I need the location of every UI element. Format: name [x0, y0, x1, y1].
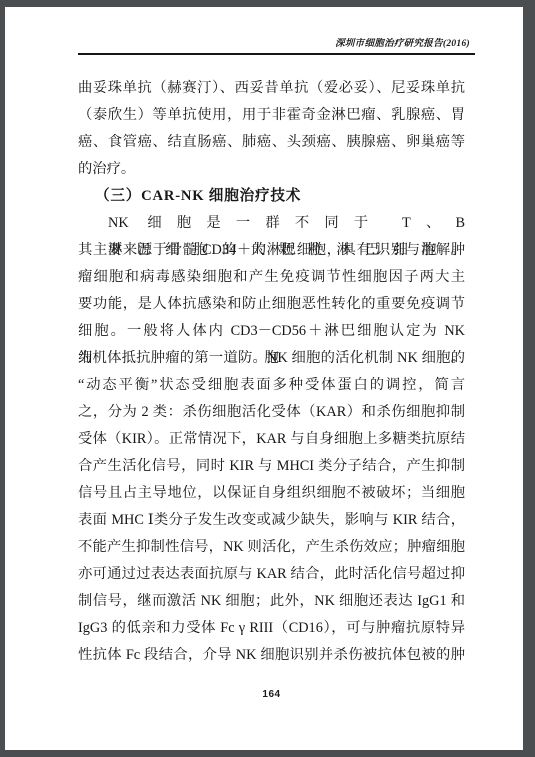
body-line: 亦可通过过表达表面抗原与 KAR 结合，此时活化信号超过抑: [78, 561, 465, 588]
body-line: 表面 MHC Ⅰ类分子发生改变或减少缺失，影响与 KIR 结合，: [78, 507, 465, 534]
running-header-title: 深圳市细胞治疗研究报告(2016): [78, 35, 475, 49]
body-line: 之，分为 2 类：杀伤细胞活化受体（KAR）和杀伤细胞抑制: [78, 399, 465, 426]
body-line: 性抗体 Fc 段结合，介导 NK 细胞识别并杀伤被抗体包被的肿: [78, 642, 465, 669]
body-line: 曲妥珠单抗（赫赛汀）、西妥昔单抗（爱必妥）、尼妥珠单抗: [78, 75, 465, 102]
body-line: 细胞。一般将人体内 CD3－CD56＋淋巴细胞认定为 NK 细胞。: [78, 318, 465, 345]
body-line-paragraph-end: 的治疗。: [78, 156, 465, 183]
page-number: 164: [78, 689, 465, 700]
body-line: （泰欣生）等单抗使用，用于非霍奇金淋巴瘤、乳腺癌、胃: [78, 102, 465, 129]
body-line: IgG3 的低亲和力受体 Fc γ RIII（CD16），可与肿瘤抗原特异: [78, 615, 465, 642]
body-line: 受体（KIR）。正常情况下，KAR 与自身细胞上多糖类抗原结: [78, 426, 465, 453]
body-line: 瘤细胞和病毒感染细胞和产生免疫调节性细胞因子两大主: [78, 264, 465, 291]
header-rule: [78, 53, 475, 55]
body-line: 要功能，是人体抗感染和防止细胞恶性转化的重要免疫调节: [78, 291, 465, 318]
body-line: 癌、食管癌、结直肠癌、肺癌、头颈癌、胰腺癌、卵巢癌等: [78, 129, 465, 156]
body-line: 信号且占主导地位，以保证自身组织细胞不被破坏；当细胞: [78, 480, 465, 507]
body-line: 制信号，继而激活 NK 细胞；此外，NK 细胞还表达 IgG1 和: [78, 588, 465, 615]
body-text-block: 曲妥珠单抗（赫赛汀）、西妥昔单抗（爱必妥）、尼妥珠单抗 （泰欣生）等单抗使用，用…: [78, 75, 465, 669]
document-page: 深圳市细胞治疗研究报告(2016) 曲妥珠单抗（赫赛汀）、西妥昔单抗（爱必妥）、…: [5, 7, 523, 750]
body-line-paragraph-start: NK 细胞是一群不同于 T、B 淋巴细胞的大颗粒淋巴细胞。: [78, 210, 465, 237]
body-line: 其主要来源于骨髓 CD34＋的淋巴细胞，具有.识别与溶解肿: [78, 237, 465, 264]
section-heading: （三）CAR-NK 细胞治疗技术: [78, 183, 465, 210]
body-line: 合产生活化信号，同时 KIR 与 MHCI 类分子结合，产生抑制: [78, 453, 465, 480]
body-line: “动态平衡”状态受细胞表面多种受体蛋白的调控，简言: [78, 372, 465, 399]
viewer-background: { "header": { "report_title": "深圳市细胞治疗研究…: [0, 0, 535, 757]
body-line: 为机体抵抗肿瘤的第一道防。NK 细胞的活化机制 NK 细胞的: [78, 345, 465, 372]
body-line: 不能产生抑制性信号，NK 则活化，产生杀伤效应；肿瘤细胞: [78, 534, 465, 561]
